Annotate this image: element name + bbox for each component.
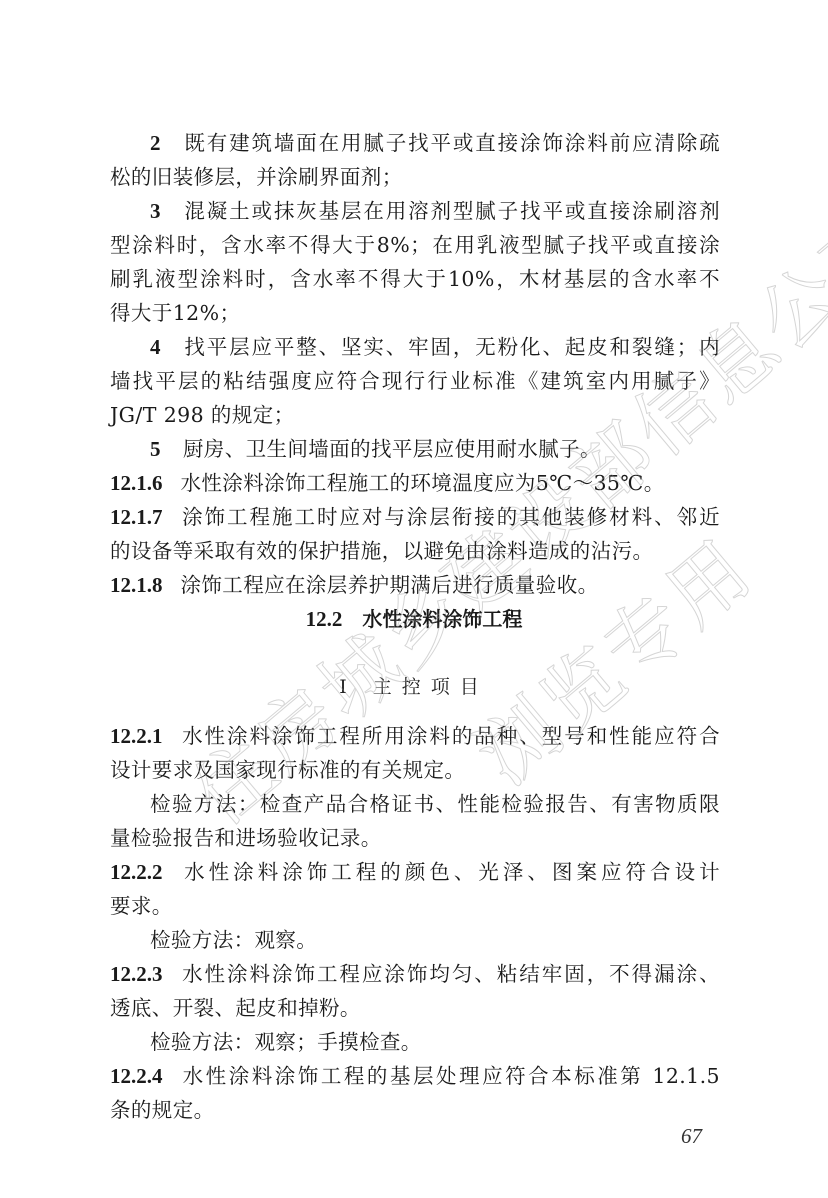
inspection-method: 检验方法：观察；手摸检查。	[150, 1025, 720, 1059]
item-text: 既有建筑墙面在用腻子找平或直接涂饰涂料前应清除疏	[183, 131, 720, 155]
clause-number: 12.2.2	[110, 860, 163, 884]
item-number: 5	[150, 437, 161, 461]
clause-12-2-1: 12.2.1水性涂料涂饰工程所用涂料的品种、型号和性能应符合	[110, 719, 720, 753]
clause-text: 涂饰工程应在涂层养护期满后进行质量验收。	[181, 573, 599, 597]
clause-12-2-4: 12.2.4水性涂料涂饰工程的基层处理应符合本标准第 12.1.5	[110, 1059, 720, 1093]
item-text: 厨房、卫生间墙面的找平层应使用耐水腻子。	[183, 437, 601, 461]
paragraph-line: JG/T 298 的规定；	[110, 398, 720, 432]
clause-12-1-6: 12.1.6水性涂料涂饰工程施工的环境温度应为5℃～35℃。	[110, 466, 720, 500]
paragraph-line: 设计要求及国家现行标准的有关规定。	[110, 753, 720, 787]
paragraph-line: 型涂料时，含水率不得大于8%；在用乳液型腻子找平或直接涂	[110, 228, 720, 262]
clause-12-1-8: 12.1.8涂饰工程应在涂层养护期满后进行质量验收。	[110, 568, 720, 602]
paragraph-line: 透底、开裂、起皮和掉粉。	[110, 991, 720, 1025]
clause-text: 水性涂料涂饰工程的基层处理应符合本标准第 12.1.5	[181, 1064, 721, 1088]
document-page: 2既有建筑墙面在用腻子找平或直接涂饰涂料前应清除疏 松的旧装修层，并涂刷界面剂；…	[0, 0, 828, 1198]
clause-number: 12.1.6	[110, 471, 163, 495]
paragraph-line: 墙找平层的粘结强度应符合现行行业标准《建筑室内用腻子》	[110, 364, 720, 398]
clause-12-2-3: 12.2.3水性涂料涂饰工程应涂饰均匀、粘结牢固，不得漏涂、	[110, 957, 720, 991]
clause-12-2-2: 12.2.2水性涂料涂饰工程的颜色、光泽、图案应符合设计	[110, 855, 720, 889]
paragraph-line: 得大于12%；	[110, 296, 720, 330]
paragraph-line: 松的旧装修层，并涂刷界面剂；	[110, 160, 720, 194]
clause-text: 水性涂料涂饰工程应涂饰均匀、粘结牢固，不得漏涂、	[181, 962, 721, 986]
list-item-4: 4找平层应平整、坚实、牢固，无粉化、起皮和裂缝；内	[150, 330, 720, 364]
page-number: 67	[681, 1124, 702, 1149]
clause-number: 12.2.1	[110, 724, 163, 748]
clause-number: 12.1.8	[110, 573, 163, 597]
paragraph-line: 刷乳液型涂料时，含水率不得大于10%，木材基层的含水率不	[110, 262, 720, 296]
inspection-method: 检验方法：观察。	[150, 923, 720, 957]
clause-text: 水性涂料涂饰工程的颜色、光泽、图案应符合设计	[181, 860, 721, 884]
list-item-2: 2既有建筑墙面在用腻子找平或直接涂饰涂料前应清除疏	[150, 126, 720, 160]
clause-text: 水性涂料涂饰工程所用涂料的品种、型号和性能应符合	[181, 724, 721, 748]
item-text: 找平层应平整、坚实、牢固，无粉化、起皮和裂缝；内	[183, 335, 720, 359]
inspection-method: 检验方法：检查产品合格证书、性能检验报告、有害物质限	[150, 787, 720, 821]
paragraph-line: 要求。	[110, 889, 720, 923]
clause-number: 12.2.3	[110, 962, 163, 986]
subsection-heading: Ⅰ 主控项目	[0, 670, 828, 704]
paragraph-line: 条的规定。	[110, 1093, 720, 1127]
section-number: 12.2	[306, 607, 343, 631]
clause-number: 12.2.4	[110, 1064, 163, 1088]
paragraph-line: 的设备等采取有效的保护措施，以避免由涂料造成的沾污。	[110, 534, 720, 568]
clause-text: 水性涂料涂饰工程施工的环境温度应为5℃～35℃。	[181, 471, 665, 495]
section-title: 水性涂料涂饰工程	[362, 607, 522, 631]
section-heading: 12.2水性涂料涂饰工程	[0, 602, 828, 636]
list-item-5: 5厨房、卫生间墙面的找平层应使用耐水腻子。	[150, 432, 720, 466]
clause-12-1-7: 12.1.7涂饰工程施工时应对与涂层衔接的其他装修材料、邻近	[110, 500, 720, 534]
clause-number: 12.1.7	[110, 505, 163, 529]
item-number: 3	[150, 199, 161, 223]
item-text: 混凝土或抹灰基层在用溶剂型腻子找平或直接涂刷溶剂	[183, 199, 720, 223]
item-number: 4	[150, 335, 161, 359]
clause-text: 涂饰工程施工时应对与涂层衔接的其他装修材料、邻近	[181, 505, 721, 529]
list-item-3: 3混凝土或抹灰基层在用溶剂型腻子找平或直接涂刷溶剂	[150, 194, 720, 228]
item-number: 2	[150, 131, 161, 155]
paragraph-line: 量检验报告和进场验收记录。	[110, 821, 720, 855]
